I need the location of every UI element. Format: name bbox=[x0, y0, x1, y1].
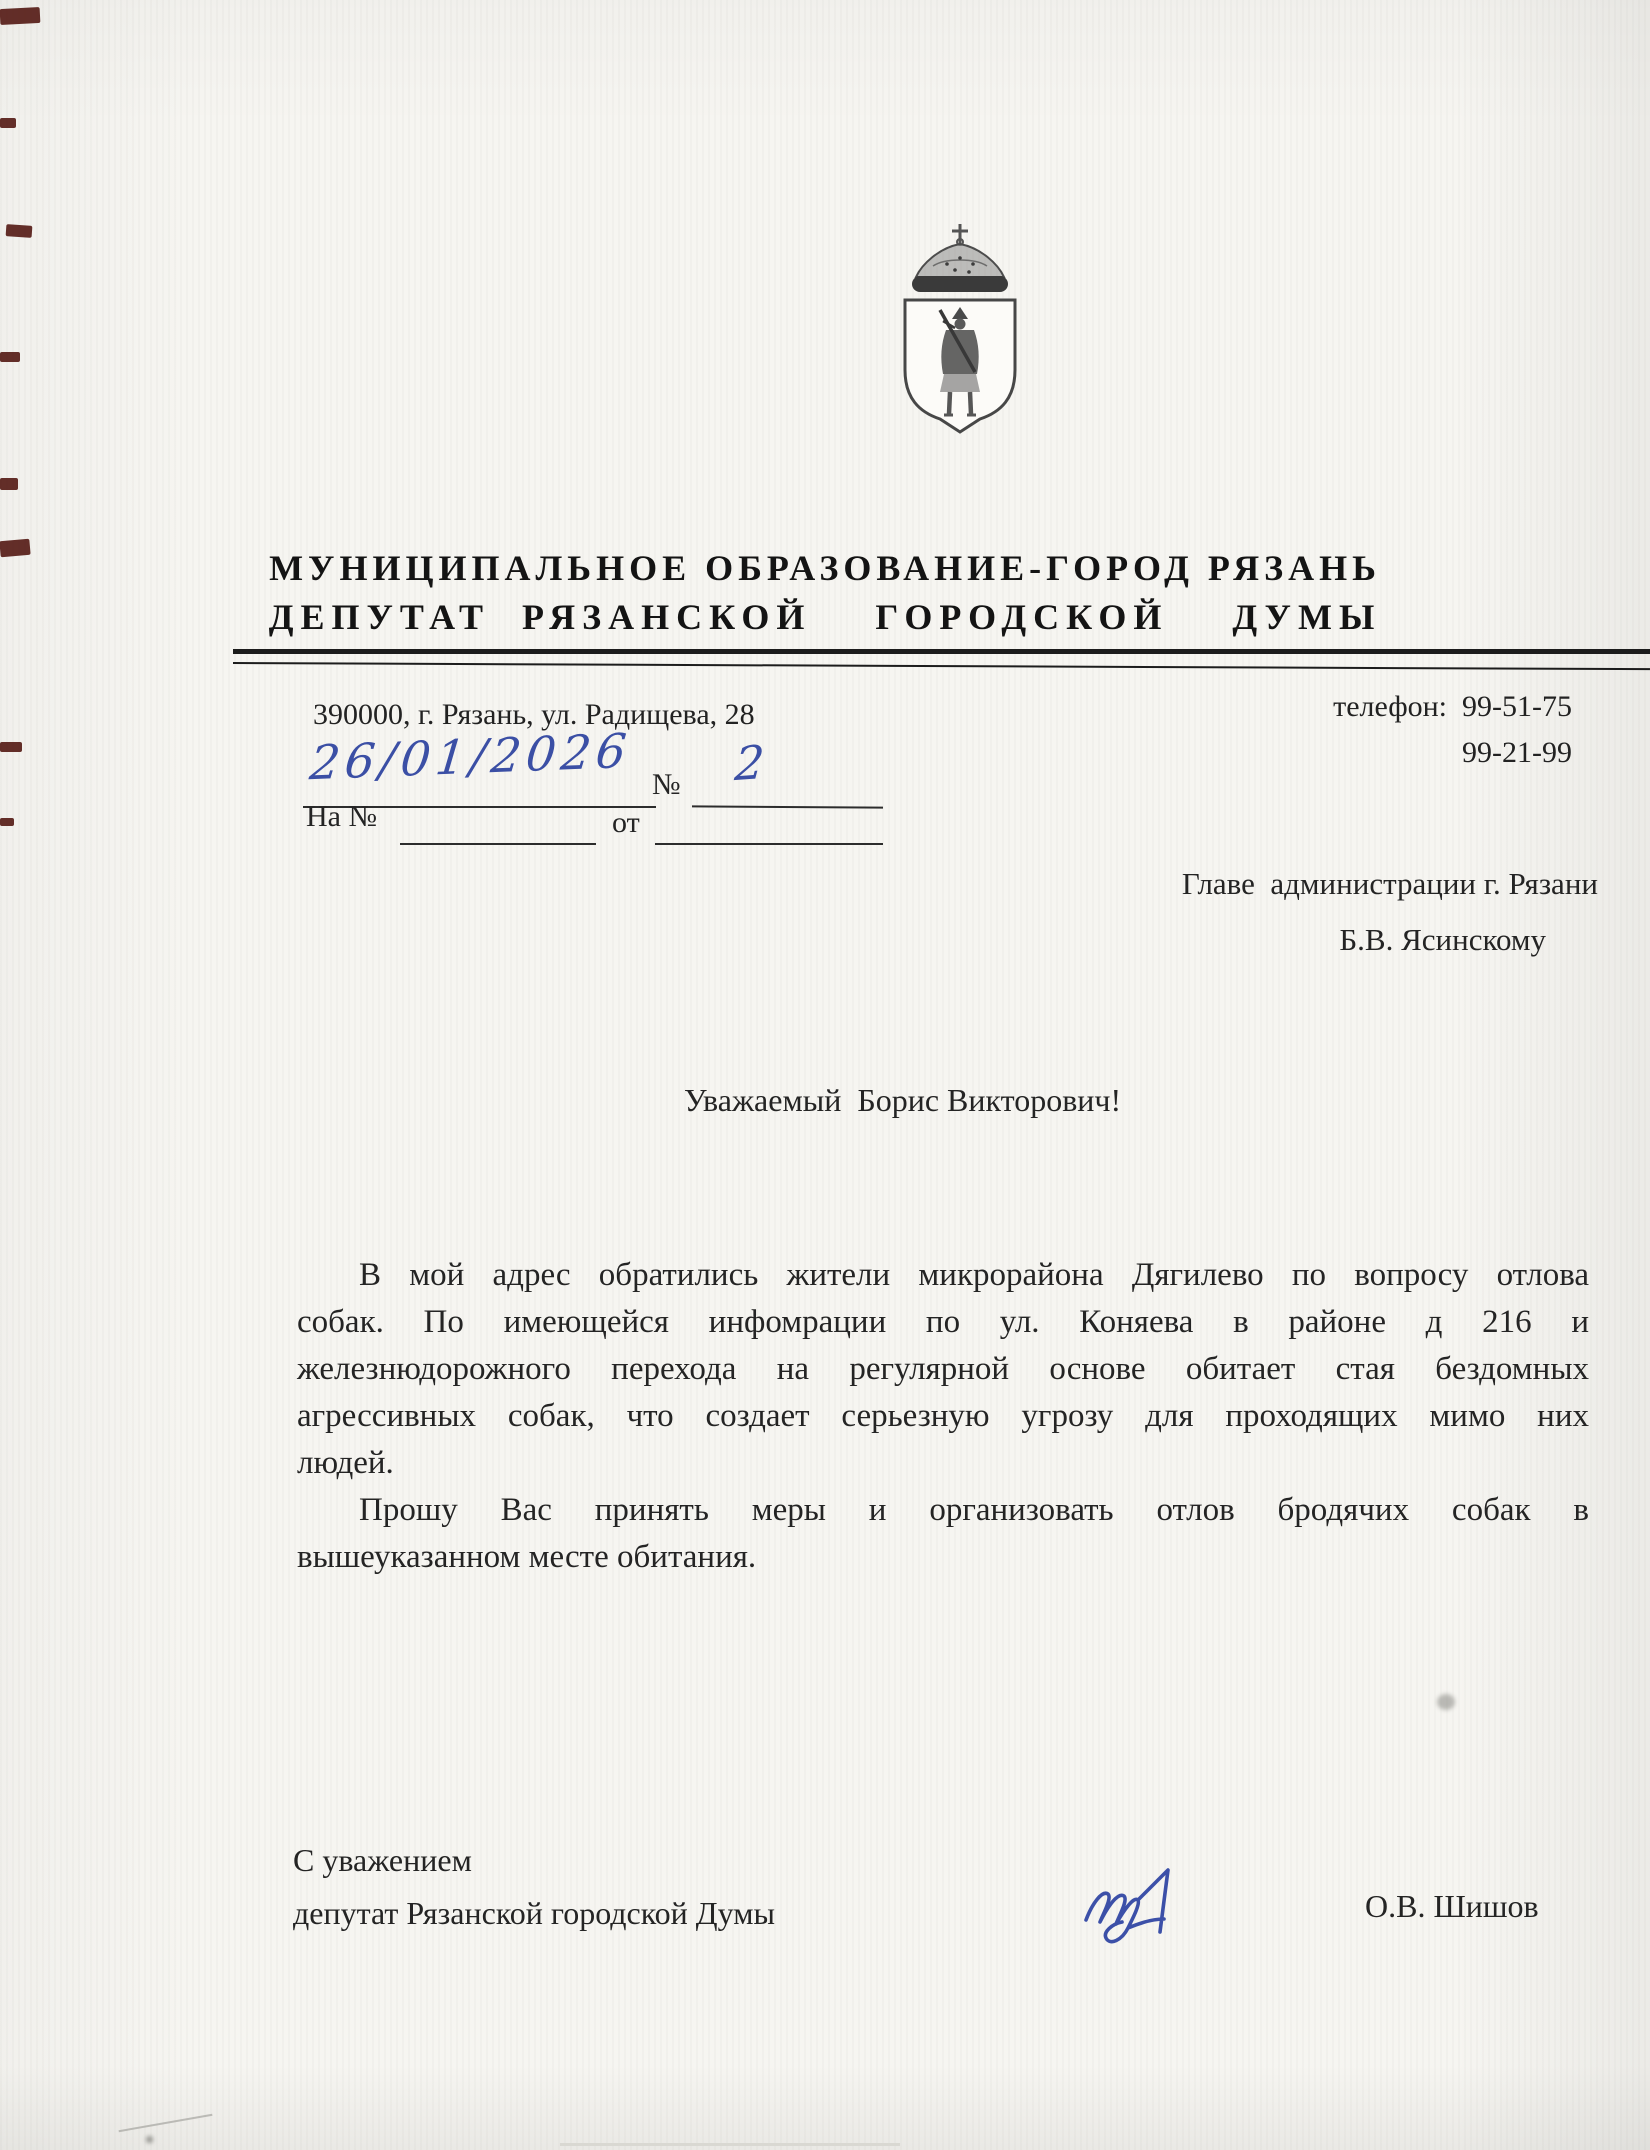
body-line: В мой адрес обратились жители микрорайон… bbox=[297, 1252, 1589, 1299]
scan-edge-artifact bbox=[0, 478, 18, 490]
signer-name: О.В. Шишов bbox=[1365, 1888, 1539, 1925]
ryazan-coat-of-arms-icon bbox=[885, 220, 1035, 450]
scan-edge-artifact bbox=[0, 818, 14, 826]
body-line: вышеуказанном месте обитания. bbox=[297, 1534, 1589, 1581]
handwritten-number: 2 bbox=[733, 735, 766, 791]
reply-number-label: На № bbox=[306, 800, 377, 834]
handwritten-signature bbox=[1080, 1862, 1240, 1957]
header-rule-thick bbox=[233, 649, 1650, 654]
phone-number-2: 99-21-99 bbox=[1462, 736, 1572, 769]
paragraph-1: В мой адрес обратились жители микрорайон… bbox=[297, 1252, 1589, 1487]
paragraph-2: Прошу Вас принять меры и организовать от… bbox=[297, 1487, 1589, 1581]
scan-edge-artifact bbox=[6, 224, 33, 238]
scan-smudge bbox=[1437, 1694, 1455, 1710]
closing-regards: С уважением bbox=[293, 1842, 472, 1879]
scan-edge-artifact bbox=[119, 2114, 213, 2132]
phone-number-1: 99-51-75 bbox=[1462, 690, 1572, 723]
scanned-paper-texture bbox=[0, 0, 1650, 2150]
body-line: агрессивных собак, что создает серьезную… bbox=[297, 1393, 1589, 1440]
recipient-line-2: Б.В. Ясинскому bbox=[1339, 922, 1546, 958]
scan-edge-artifact bbox=[0, 742, 22, 752]
org-name-line2: ДЕПУТАТ РЯЗАНСКОЙ ГОРОДСКОЙ ДУМЫ bbox=[125, 597, 1525, 637]
body-line: собак. По имеющейся инфомрации по ул. Ко… bbox=[297, 1299, 1589, 1346]
number-sign-label: № bbox=[652, 768, 681, 802]
scan-edge-artifact bbox=[0, 7, 40, 25]
scan-edge-artifact bbox=[560, 2143, 900, 2146]
phone-line-1: телефон: 99-51-75 bbox=[1012, 690, 1572, 724]
reply-from-label: от bbox=[612, 806, 640, 840]
body-line: железнюдорожного перехода на регулярной … bbox=[297, 1346, 1589, 1393]
scan-edge-artifact bbox=[146, 2136, 153, 2143]
number-underline bbox=[692, 805, 883, 808]
phone-label: телефон: bbox=[1333, 690, 1447, 723]
scan-edge-artifact bbox=[0, 539, 31, 558]
letter-body: В мой адрес обратились жители микрорайон… bbox=[297, 1252, 1589, 1581]
org-name-line1: МУНИЦИПАЛЬНОЕ ОБРАЗОВАНИЕ-ГОРОД РЯЗАНЬ bbox=[125, 548, 1525, 588]
recipient-line-1: Главе администрации г. Рязани bbox=[1182, 866, 1598, 902]
handwritten-date: 26/01/2026 bbox=[307, 724, 633, 792]
phone-line-2: 99-21-99 bbox=[1012, 736, 1572, 770]
scan-edge-artifact bbox=[0, 352, 20, 362]
scan-edge-artifact bbox=[0, 118, 16, 128]
closing-position: депутат Рязанской городской Думы bbox=[293, 1895, 775, 1932]
body-line: Прошу Вас принять меры и организовать от… bbox=[297, 1487, 1589, 1534]
header-rule-thin bbox=[233, 662, 1650, 670]
reply-from-underline bbox=[655, 843, 883, 845]
body-line: людей. bbox=[297, 1440, 1589, 1487]
salutation: Уважаемый Борис Викторович! bbox=[684, 1082, 1121, 1119]
reply-number-underline bbox=[400, 843, 596, 845]
